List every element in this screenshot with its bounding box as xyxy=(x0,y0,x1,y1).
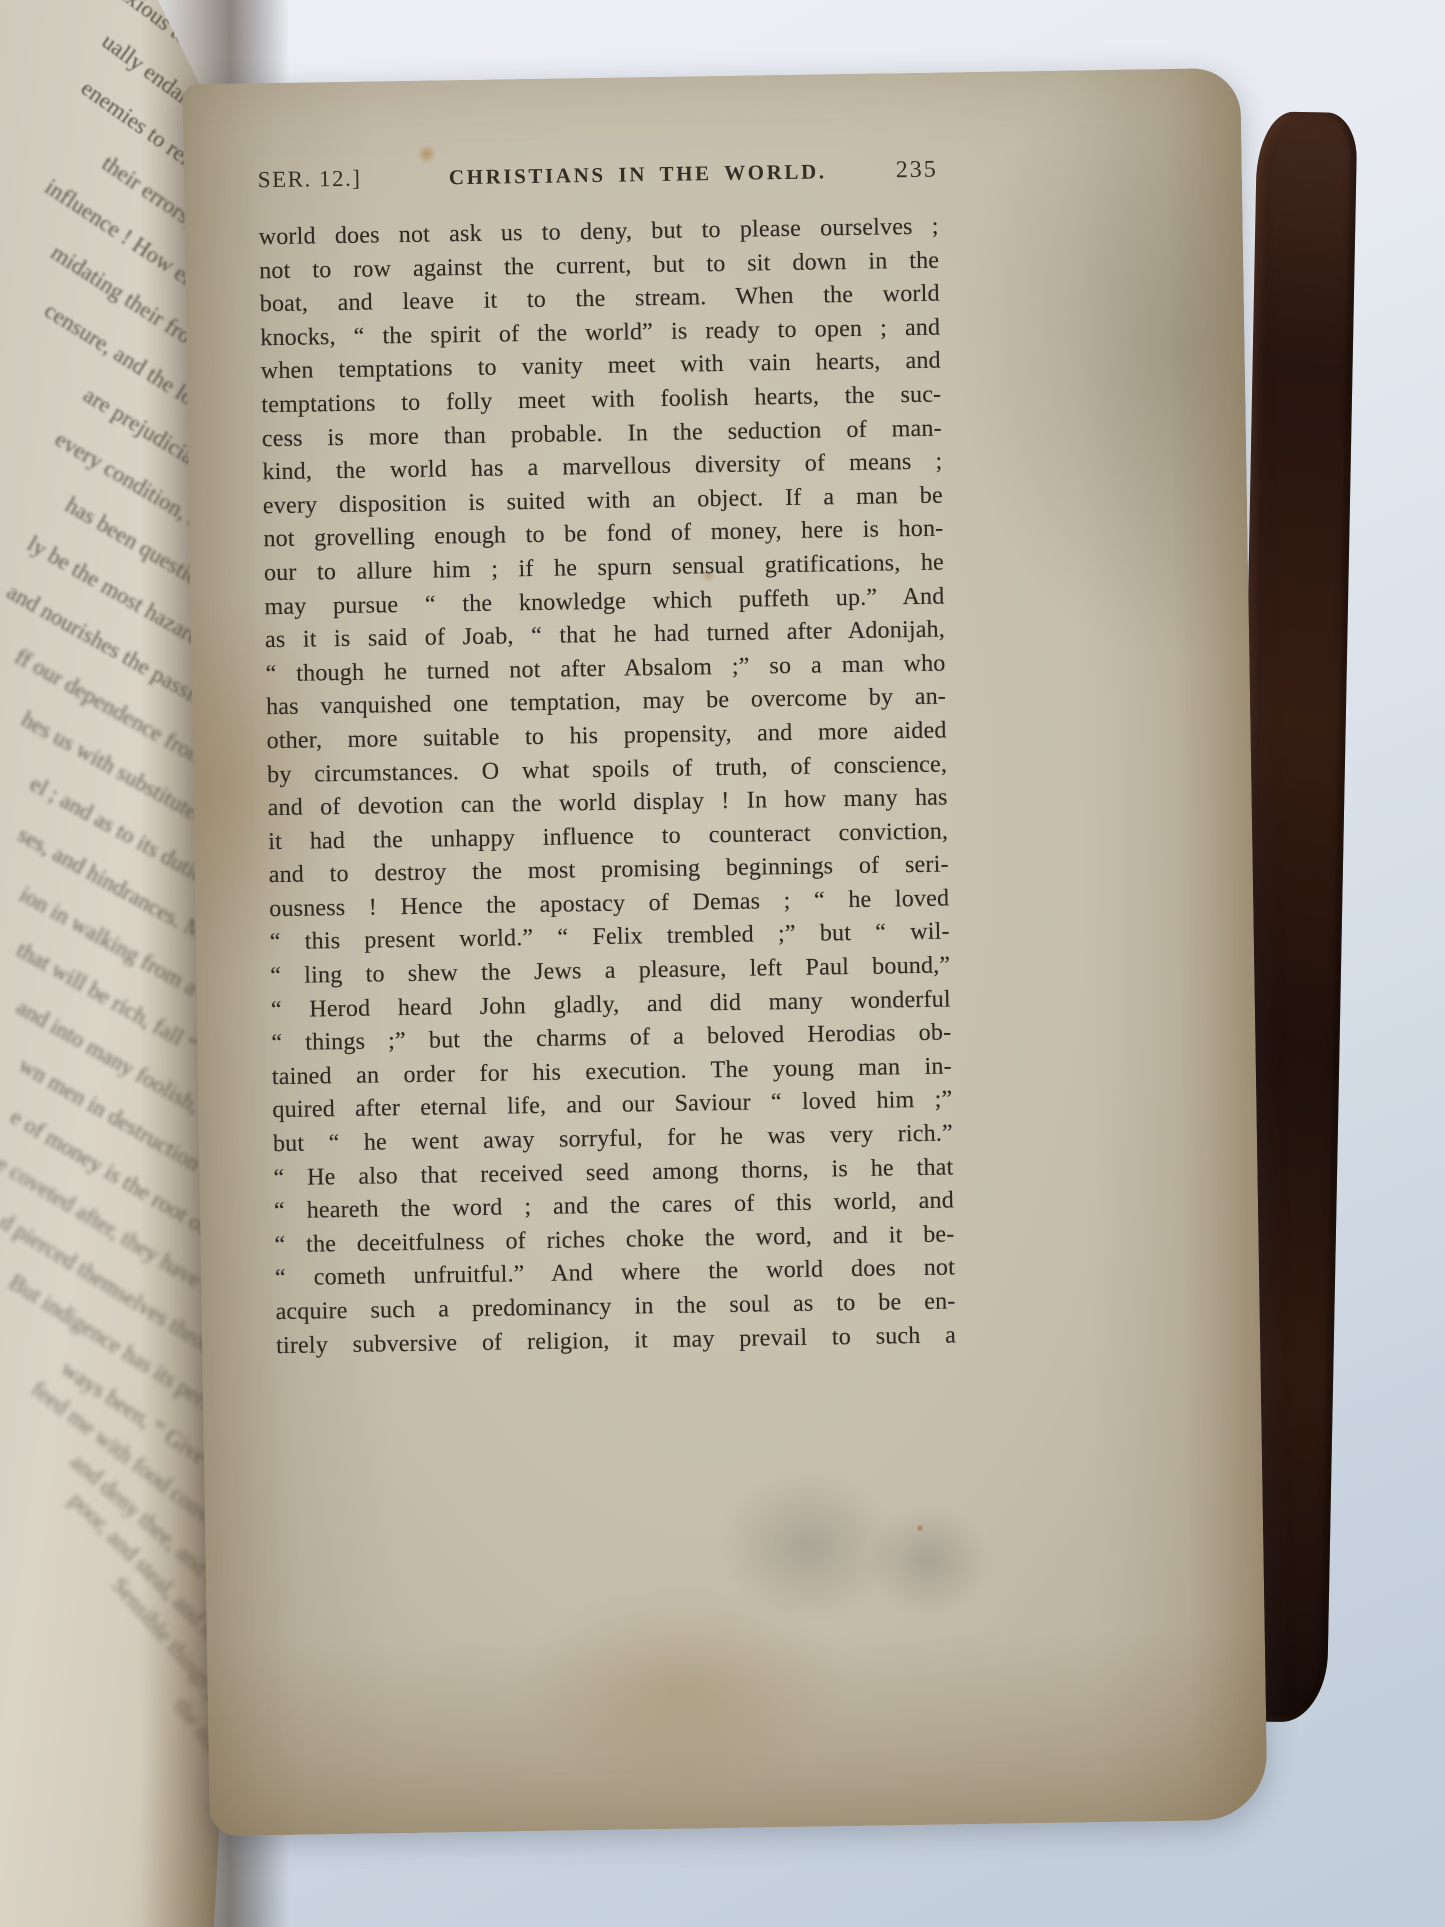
page-number: 235 xyxy=(848,157,938,185)
section-label: SER. 12.] xyxy=(258,165,428,194)
page-content: SER. 12.] CHRISTIANS IN THE WORLD. 235 w… xyxy=(258,157,957,1364)
page-header: SER. 12.] CHRISTIANS IN THE WORLD. 235 xyxy=(258,157,938,195)
page-body: world does not ask us to deny, but to pl… xyxy=(258,211,956,1364)
ink-smudge-stain xyxy=(793,1421,1037,1675)
photo-scene: [SER.anxious to be puually endangeredene… xyxy=(0,0,1445,1927)
running-title: CHRISTIANS IN THE WORLD. xyxy=(428,159,848,191)
book-page: SER. 12.] CHRISTIANS IN THE WORLD. 235 w… xyxy=(182,68,1267,1836)
